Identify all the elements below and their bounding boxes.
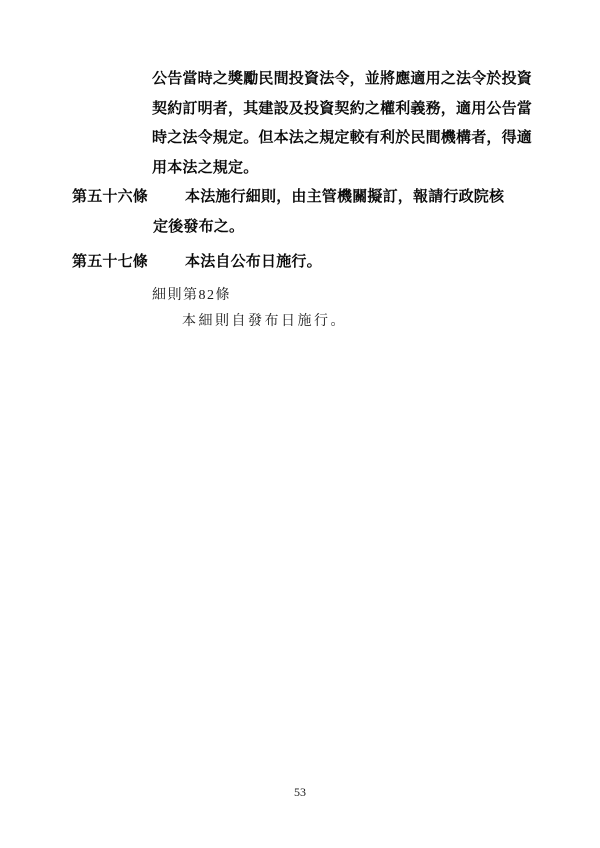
paragraph-line: 契約訂明者，其建設及投資契約之權利義務，適用公告當 [152,95,532,125]
paragraph-line: 時之法令規定。但本法之規定較有利於民間機構者，得適 [152,124,532,154]
regulation-note-heading: 細則第82條 [152,283,347,309]
article-first-line: 第五十七條本法自公布日施行。 [72,248,322,278]
article-57: 第五十七條本法自公布日施行。 [72,248,322,278]
article-number: 第五十七條 [72,248,185,278]
article-text: 本法自公布日施行。 [185,254,322,270]
document-page: 公告當時之獎勵民間投資法令，並將應適用之法令於投資 契約訂明者，其建設及投資契約… [0,0,600,848]
page-number: 53 [0,785,600,800]
article-continuation-line: 定後發布之。 [153,213,504,243]
article-number: 第五十六條 [72,183,185,213]
article-text: 本法施行細則，由主管機關擬訂，報請行政院核 [185,189,504,205]
regulation-note: 細則第82條 本細則自發布日施行。 [152,283,347,335]
paragraph-line: 用本法之規定。 [152,154,532,184]
article-first-line: 第五十六條本法施行細則，由主管機關擬訂，報請行政院核 [72,183,504,213]
regulation-note-body: 本細則自發布日施行。 [182,309,347,335]
paragraph-line: 公告當時之獎勵民間投資法令，並將應適用之法令於投資 [152,65,532,95]
article-56: 第五十六條本法施行細則，由主管機關擬訂，報請行政院核 定後發布之。 [72,183,504,242]
continuation-paragraph: 公告當時之獎勵民間投資法令，並將應適用之法令於投資 契約訂明者，其建設及投資契約… [152,65,532,183]
